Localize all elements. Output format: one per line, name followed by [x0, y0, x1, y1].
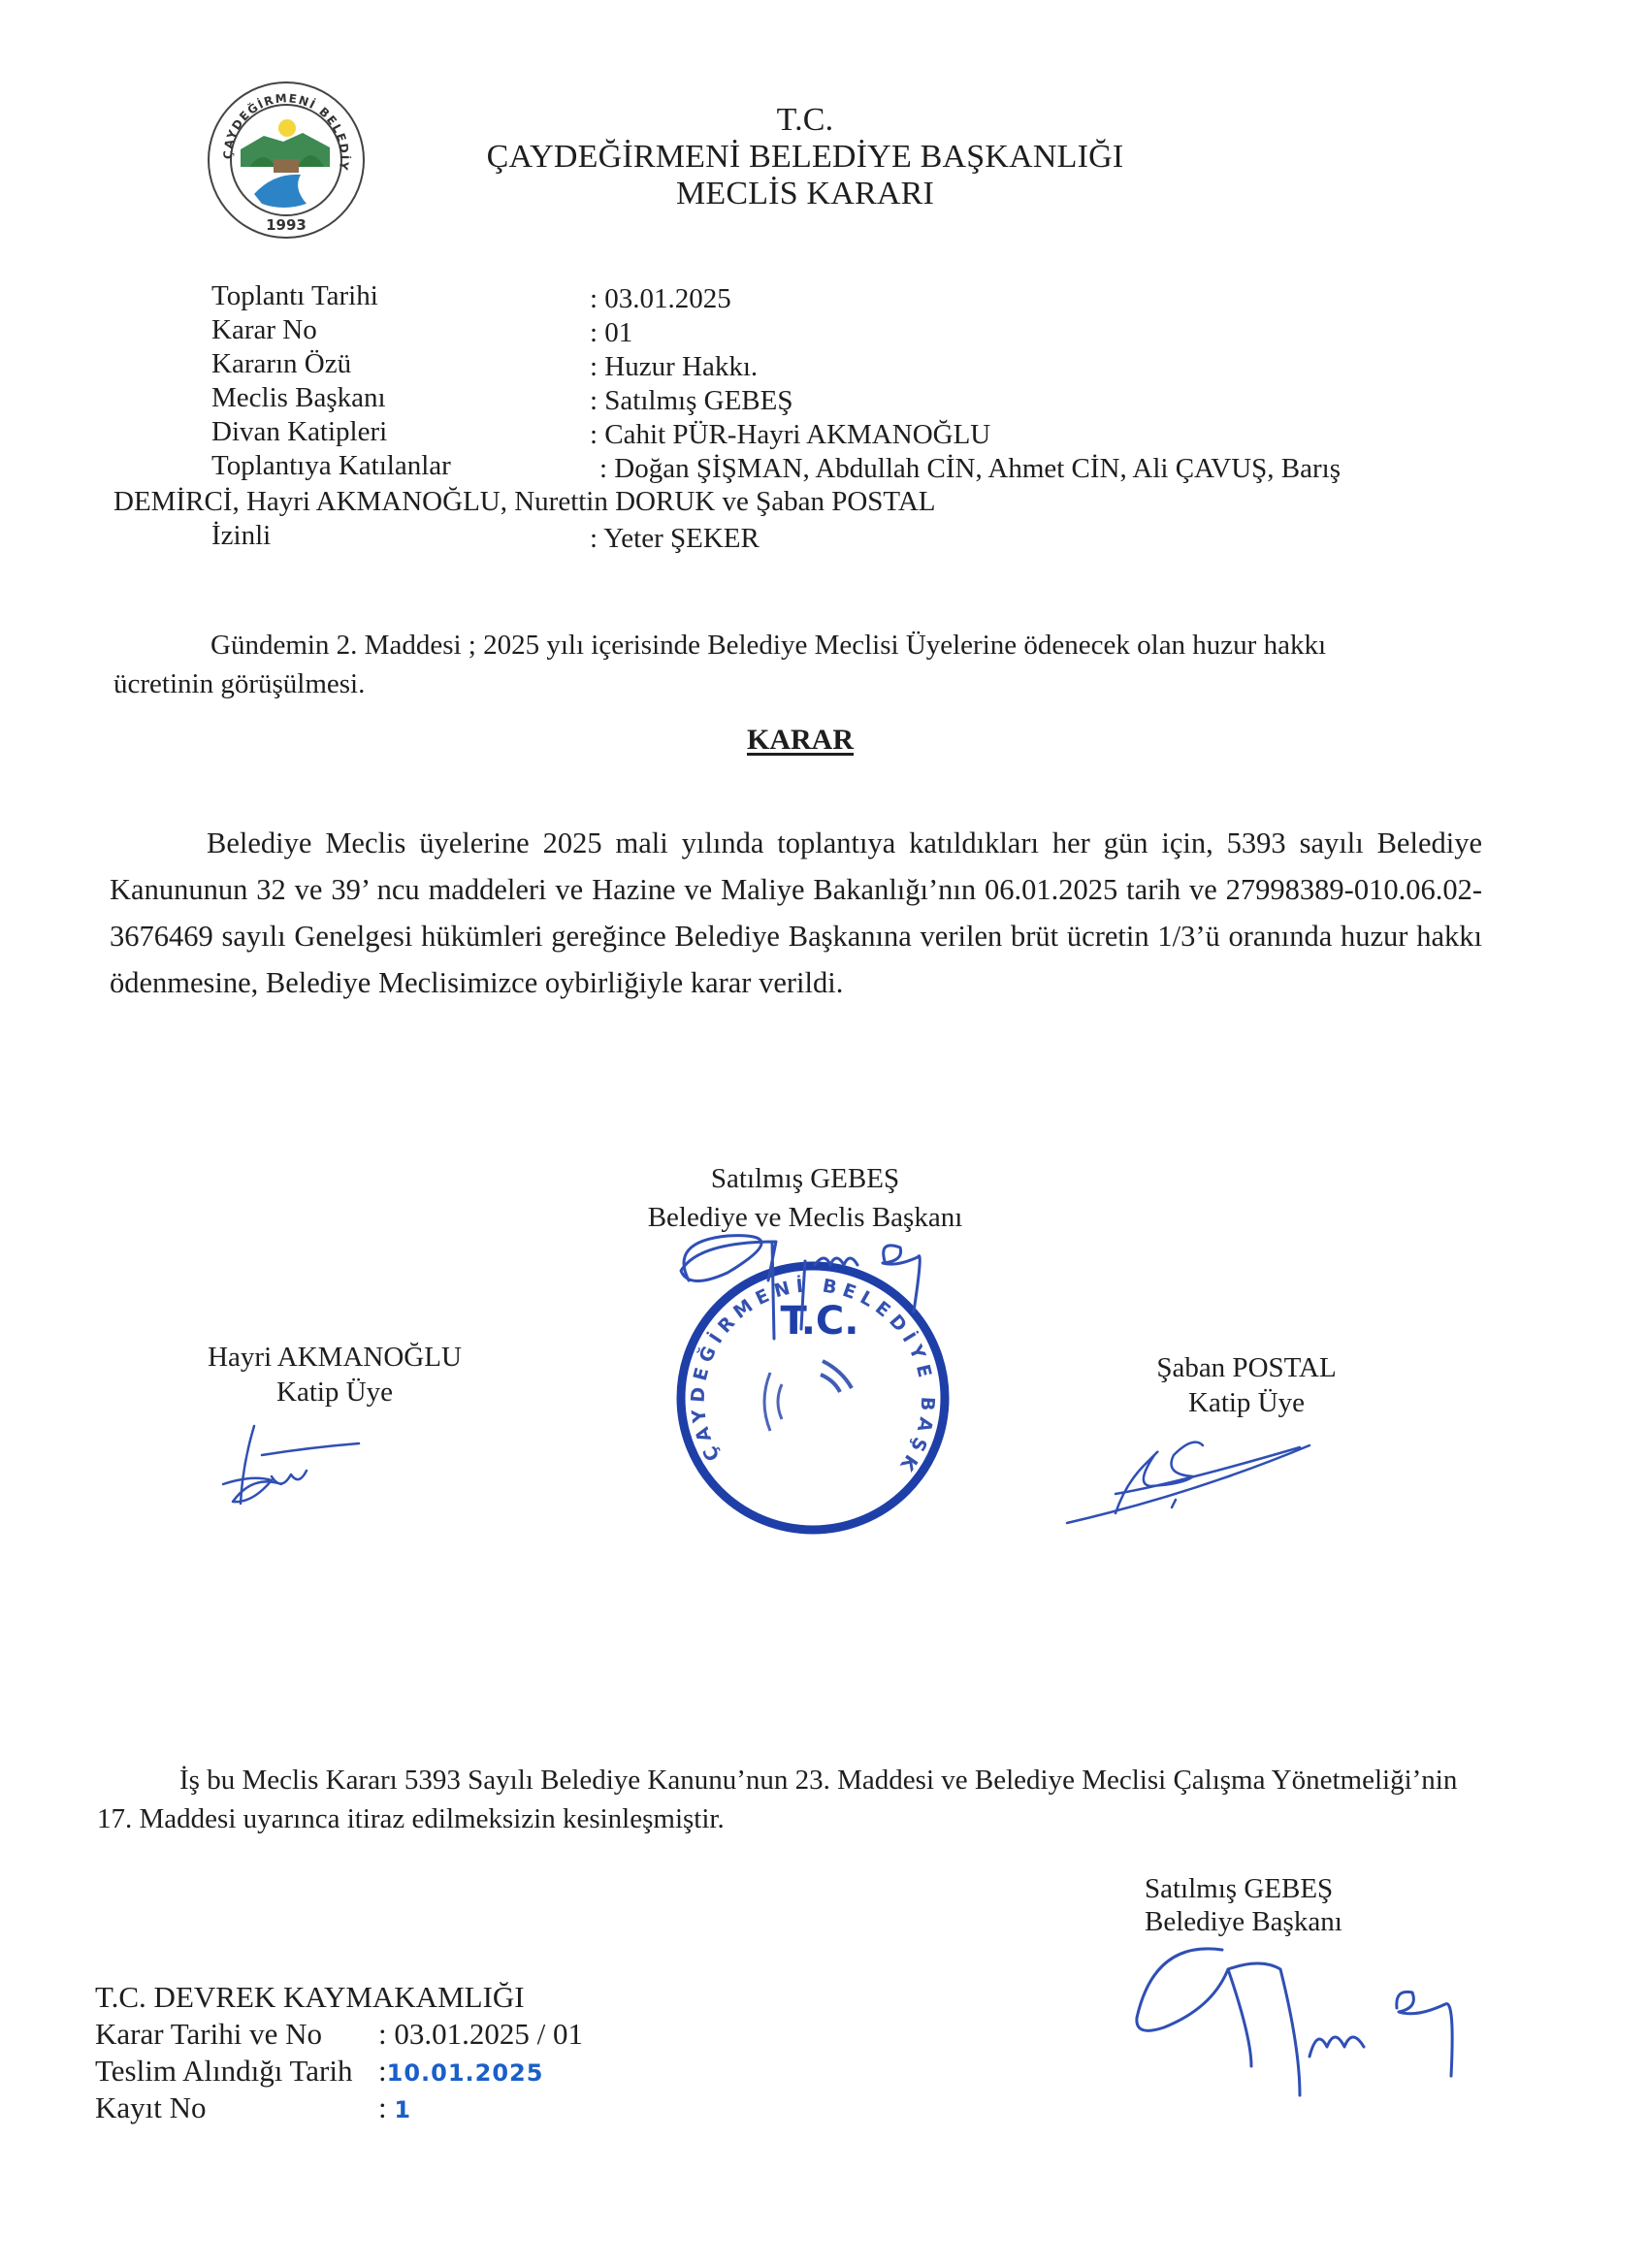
signature-block-mayor: Satılmış GEBEŞ Belediye Başkanı [1145, 1872, 1342, 1938]
meta-value-on-leave: : Yeter ŞEKER [590, 522, 760, 555]
handwritten-signature-icon [213, 1416, 369, 1523]
handwritten-signature-icon [660, 1222, 989, 1377]
meta-label-decision-no: Karar No [211, 313, 317, 346]
handwritten-received-date: 10.01.2025 [387, 2059, 544, 2087]
meta-value-clerks: : Cahit PÜR-Hayri AKMANOĞLU [590, 418, 990, 451]
meta-value-council-chair: : Satılmış GEBEŞ [590, 384, 792, 417]
row-label: Kayıt No [95, 2090, 207, 2126]
header-republic: T.C. [388, 101, 1222, 140]
meta-label-subject: Kararın Özü [211, 347, 351, 380]
meta-value-attendees-continued: DEMİRCİ, Hayri AKMANOĞLU, Nurettin DORUK… [113, 485, 935, 518]
signatory-name: Hayri AKMANOĞLU [175, 1341, 495, 1374]
signature-block-left-clerk: Hayri AKMANOĞLU Katip Üye [175, 1341, 495, 1409]
meta-value-decision-no: : 01 [590, 316, 632, 349]
meta-label-council-chair: Meclis Başkanı [211, 381, 386, 414]
row-prefix: : [378, 2090, 387, 2124]
mayor-signature [1115, 1930, 1484, 2124]
document-title: MECLİS KARARI [388, 175, 1222, 213]
municipality-seal-icon: ÇAYDEĞİRMENİ BELEDİYESİ 1993 [206, 80, 367, 241]
row-label: Karar Tarihi ve No [95, 2016, 322, 2053]
handwritten-signature-icon [1057, 1407, 1339, 1533]
signatory-name: Satılmış GEBEŞ [582, 1162, 1028, 1195]
meta-value-attendees: : Doğan ŞİŞMAN, Abdullah CİN, Ahmet CİN,… [599, 452, 1341, 485]
svg-text:1993: 1993 [266, 216, 307, 234]
handwritten-signature-icon [1115, 1930, 1484, 2124]
signatory-role: Katip Üye [175, 1376, 495, 1409]
meta-label-on-leave: İzinli [211, 519, 271, 552]
meta-label-meeting-date: Toplantı Tarihi [211, 279, 378, 312]
agenda-item: Gündemin 2. Maddesi ; 2025 yılı içerisin… [113, 626, 1404, 703]
handwritten-registry-no: 1 [394, 2096, 411, 2123]
decision-heading: KARAR [679, 724, 921, 757]
decision-text: Belediye Meclis üyelerine 2025 mali yılı… [110, 820, 1482, 1006]
municipality-logo: ÇAYDEĞİRMENİ BELEDİYESİ 1993 [206, 80, 367, 241]
chair-signature [660, 1222, 989, 1377]
row-prefix: : [378, 2054, 387, 2088]
meta-value-subject: : Huzur Hakkı. [590, 350, 758, 383]
meta-label-attendees: Toplantıya Katılanlar [211, 449, 451, 482]
meta-value-meeting-date: : 03.01.2025 [590, 282, 731, 315]
signatory-name: Satılmış GEBEŞ [1145, 1872, 1342, 1905]
meta-label-clerks: Divan Katipleri [211, 415, 387, 448]
row-label: Teslim Alındığı Tarih [95, 2053, 352, 2090]
signatory-name: Şaban POSTAL [1106, 1351, 1387, 1384]
row-value: : 03.01.2025 / 01 [378, 2016, 583, 2053]
left-clerk-signature [213, 1416, 369, 1523]
right-clerk-signature [1057, 1407, 1339, 1533]
header-organization: ÇAYDEĞİRMENİ BELEDİYE BAŞKANLIĞI [388, 138, 1222, 177]
finalization-statement: İş bu Meclis Kararı 5393 Sayılı Belediye… [97, 1761, 1494, 1838]
